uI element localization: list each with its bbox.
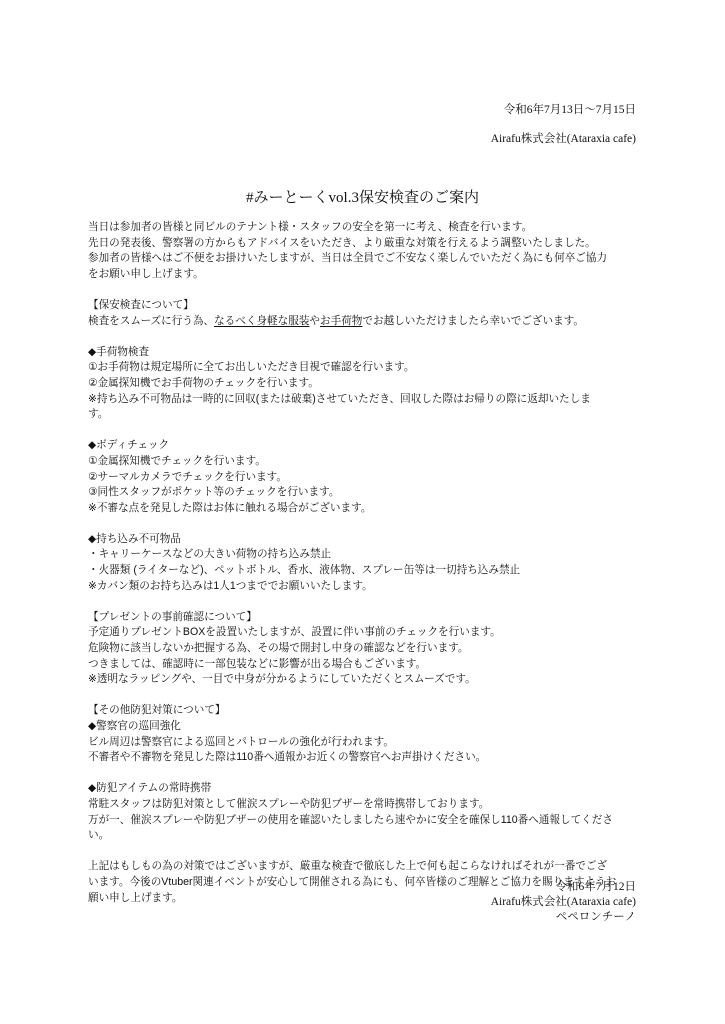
document-page: 令和6年7月13日～7月15日 Airafu株式会社(Ataraxia cafe… <box>0 0 725 1024</box>
subsection-heading-items: ◆防犯アイテムの常時携帯 <box>88 781 648 797</box>
intro-line: 当日は参加者の皆様と同ビルのテナント様・スタッフの安全を第一に考え、検査を行いま… <box>88 220 648 236</box>
list-item: 予定通りプレゼントBOXを設置いたしますが、設置に伴い事前のチェックを行います。 <box>88 625 648 641</box>
list-item: ビル周辺は警察官による巡回とパトロールの強化が行われます。 <box>88 735 648 751</box>
list-item: つきましては、確認時に一部包装などに影響が出る場合もございます。 <box>88 657 648 673</box>
signature-company: Airafu株式会社(Ataraxia cafe) <box>491 895 636 910</box>
list-item: 万が一、催涙スプレーや防犯ブザーの使用を確認いたしましたら速やかに安全を確保し1… <box>88 813 648 829</box>
section-heading-other: 【その他防犯対策について】 <box>88 703 648 719</box>
event-date-range: 令和6年7月13日～7月15日 <box>504 101 636 117</box>
list-item: ③同性スタッフがポケット等のチェックを行います。 <box>88 485 648 501</box>
organizer-name: Airafu株式会社(Ataraxia cafe) <box>491 130 636 146</box>
list-item: ②サーマルカメラでチェックを行います。 <box>88 470 648 486</box>
section-heading-security: 【保安検査について】 <box>88 298 648 314</box>
signature-name: ペペロンチーノ <box>491 910 636 925</box>
list-item: ・火器類 (ライターなど)、ペットボトル、香水、液体物、スプレー缶等は一切持ち込… <box>88 563 648 579</box>
subsection-heading-body-check: ◆ボディチェック <box>88 438 648 454</box>
list-item: ・キャリーケースなどの大きい荷物の持ち込み禁止 <box>88 547 648 563</box>
subsection-heading-prohibited: ◆持ち込み不可物品 <box>88 532 648 548</box>
list-item: ※透明なラッピングや、一目で中身が分かるようにしていただくとスムーズです。 <box>88 672 648 688</box>
list-item: ①金属探知機でチェックを行います。 <box>88 454 648 470</box>
list-item: ※カバン類のお持ち込みは1人1つまででお願いいたします。 <box>88 579 648 595</box>
light-clothing-emphasis: なるべく身軽な服装 <box>214 315 309 327</box>
list-item: い。 <box>88 828 648 844</box>
section-heading-present: 【プレゼントの事前確認について】 <box>88 610 648 626</box>
intro-line: 先日の発表後、警察署の方からもアドバイスをいただき、より厳重な対策を行えるよう調… <box>88 236 648 252</box>
list-item: す。 <box>88 407 648 423</box>
signature-date: 令和6年7月12日 <box>491 880 636 895</box>
baggage-emphasis: お手荷物 <box>320 315 362 327</box>
list-item: ②金属探知機でお手荷物のチェックを行います。 <box>88 376 648 392</box>
subsection-heading-baggage: ◆手荷物検査 <box>88 345 648 361</box>
document-title: #みーとーくvol.3保安検査のご案内 <box>0 186 725 207</box>
list-item: 常駐スタッフは防犯対策として催涙スプレーや防犯ブザーを常時携帯しております。 <box>88 797 648 813</box>
list-item: 不審者や不審物を発見した際は110番へ通報かお近くの警察官へお声掛けください。 <box>88 750 648 766</box>
document-body: 当日は参加者の皆様と同ビルのテナント様・スタッフの安全を第一に考え、検査を行いま… <box>88 220 648 906</box>
intro-line: 参加者の皆様へはご不便をお掛けいたしますが、当日は全員でご不安なく楽しんでいただ… <box>88 251 648 267</box>
intro-line: をお願い申し上げます。 <box>88 267 648 283</box>
security-lead: 検査をスムーズに行う為、なるべく身軽な服装やお手荷物でお越しいただけましたら幸い… <box>88 314 648 330</box>
list-item: ①お手荷物は規定場所に全てお出しいただき目視で確認を行います。 <box>88 360 648 376</box>
closing-line: 上記はもしもの為の対策ではございますが、厳重な検査で徹底した上で何も起こらなけれ… <box>88 859 648 875</box>
list-item: 危険物に該当しないか把握する為、その場で開封し中身の確認などを行います。 <box>88 641 648 657</box>
list-item: ※持ち込み不可物品は一時的に回収(または破棄)させていただき、回収した際はお帰り… <box>88 392 648 408</box>
subsection-heading-patrol: ◆警察官の巡回強化 <box>88 719 648 735</box>
signature-block: 令和6年7月12日 Airafu株式会社(Ataraxia cafe) ペペロン… <box>491 880 636 925</box>
list-item: ※不審な点を発見した際はお体に触れる場合がございます。 <box>88 501 648 517</box>
